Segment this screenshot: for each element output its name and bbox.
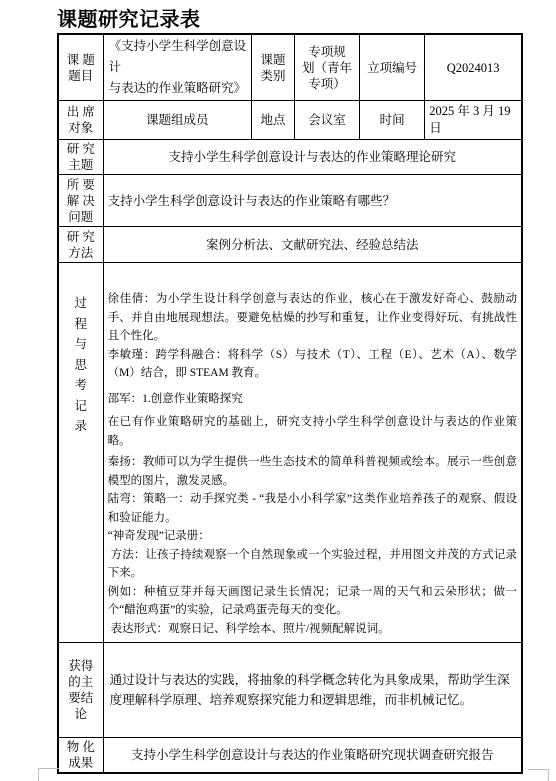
attendee-value: 课题组成员	[103, 101, 251, 140]
method-row: 研 究 方法 案例分析法、文献研究法、经验总结法	[58, 227, 522, 263]
attendee-label: 出 席 对象	[58, 101, 103, 140]
location-label: 地点	[251, 101, 294, 140]
process-paragraph: 邵军：1.创意作业策略探究	[108, 390, 517, 409]
process-paragraph: 表达形式：观察日记、科学绘本、照片/视频配解说词。	[108, 620, 517, 639]
problem-row: 所 要 解 决 问题 支持小学生科学创意设计与表达的作业策略有哪些？	[58, 175, 522, 227]
problem-label: 所 要 解 决 问题	[58, 175, 103, 227]
process-paragraph: “神奇发现”记录册：	[108, 527, 517, 546]
outcome-value: 支持小学生科学创意设计与表达的作业策略研究现状调查研究报告	[103, 738, 522, 774]
document-title: 课题研究记录表	[57, 3, 201, 32]
project-number-label: 立项编号	[360, 34, 425, 101]
time-label: 时间	[360, 101, 425, 140]
conclusion-label: 获得 的主 要结 论	[58, 643, 103, 738]
method-value: 案例分析法、文献研究法、经验总结法	[103, 227, 522, 263]
research-theme-row: 研 究 主题 支持小学生科学创意设计与表达的作业策略理论研究	[58, 140, 522, 175]
research-theme-label: 研 究 主题	[58, 140, 103, 175]
process-paragraph: 李敏瑾：跨学科融合：将科学（S）与技术（T）、工程（E）、艺术（A）、数学（M）…	[108, 346, 517, 383]
research-record-table: 课 题 题目 《支持小学生科学创意设计 与表达的作业策略研究》 课题 类别 专项…	[57, 33, 523, 774]
topic-category-value: 专项规 划（青年 专项）	[294, 34, 359, 101]
topic-title-label: 课 题 题目	[58, 34, 103, 101]
outcome-label: 物 化 成果	[58, 738, 103, 774]
process-paragraph: 徐佳倩：为小学生设计科学创意与表达的作业，核心在于激发好奇心、鼓励动手、并自由地…	[108, 290, 517, 346]
process-paragraph: 例如：种植豆芽并每天画图记录生长情况；记录一周的天气和云朵形状；做一个“醋泡鸡蛋…	[108, 583, 517, 620]
process-record-row: 过 程 与 思 考 记 录 徐佳倩：为小学生设计科学创意与表达的作业，核心在于激…	[58, 263, 522, 643]
process-paragraph: 陆弯：策略一：动手探究类 - “我是小小科学家”这类作业培养孩子的观察、假设和验…	[108, 490, 517, 527]
meeting-info-row: 出 席 对象 课题组成员 地点 会议室 时间 2025 年 3 月 19 日	[58, 101, 522, 140]
process-paragraph: 在已有作业策略研究的基础上，研究支持小学生科学创意设计与表达的作业策略。	[108, 413, 517, 450]
project-number-value: Q2024013	[425, 34, 522, 101]
location-value: 会议室	[294, 101, 359, 140]
conclusion-value: 通过设计与表达的实践，将抽象的科学概念转化为具象成果，帮助学生深度理解科学原理、…	[103, 643, 522, 738]
topic-title-value: 《支持小学生科学创意设计 与表达的作业策略研究》	[103, 34, 251, 101]
process-paragraph: 方法：让孩子持续观察一个自然现象或一个实验过程，并用图文并茂的方式记录下来。	[108, 546, 517, 583]
time-value: 2025 年 3 月 19 日	[425, 101, 522, 140]
page-margin-corner-mark-left	[38, 768, 59, 781]
topic-category-label: 课题 类别	[251, 34, 294, 101]
process-paragraph: 秦扬：教师可以为学生提供一些生态技术的简单科普视频或绘本。展示一些创意模型的图片…	[108, 453, 517, 490]
page-margin-corner-mark-right	[528, 769, 549, 781]
outcome-row: 物 化 成果 支持小学生科学创意设计与表达的作业策略研究现状调查研究报告	[58, 738, 522, 774]
problem-value: 支持小学生科学创意设计与表达的作业策略有哪些？	[103, 175, 522, 227]
process-record-label: 过 程 与 思 考 记 录	[58, 263, 103, 643]
conclusion-row: 获得 的主 要结 论 通过设计与表达的实践，将抽象的科学概念转化为具象成果，帮助…	[58, 643, 522, 738]
research-theme-value: 支持小学生科学创意设计与表达的作业策略理论研究	[103, 140, 522, 175]
method-label: 研 究 方法	[58, 227, 103, 263]
process-record-content: 徐佳倩：为小学生设计科学创意与表达的作业，核心在于激发好奇心、鼓励动手、并自由地…	[103, 263, 522, 643]
topic-header-row: 课 题 题目 《支持小学生科学创意设计 与表达的作业策略研究》 课题 类别 专项…	[58, 34, 522, 101]
